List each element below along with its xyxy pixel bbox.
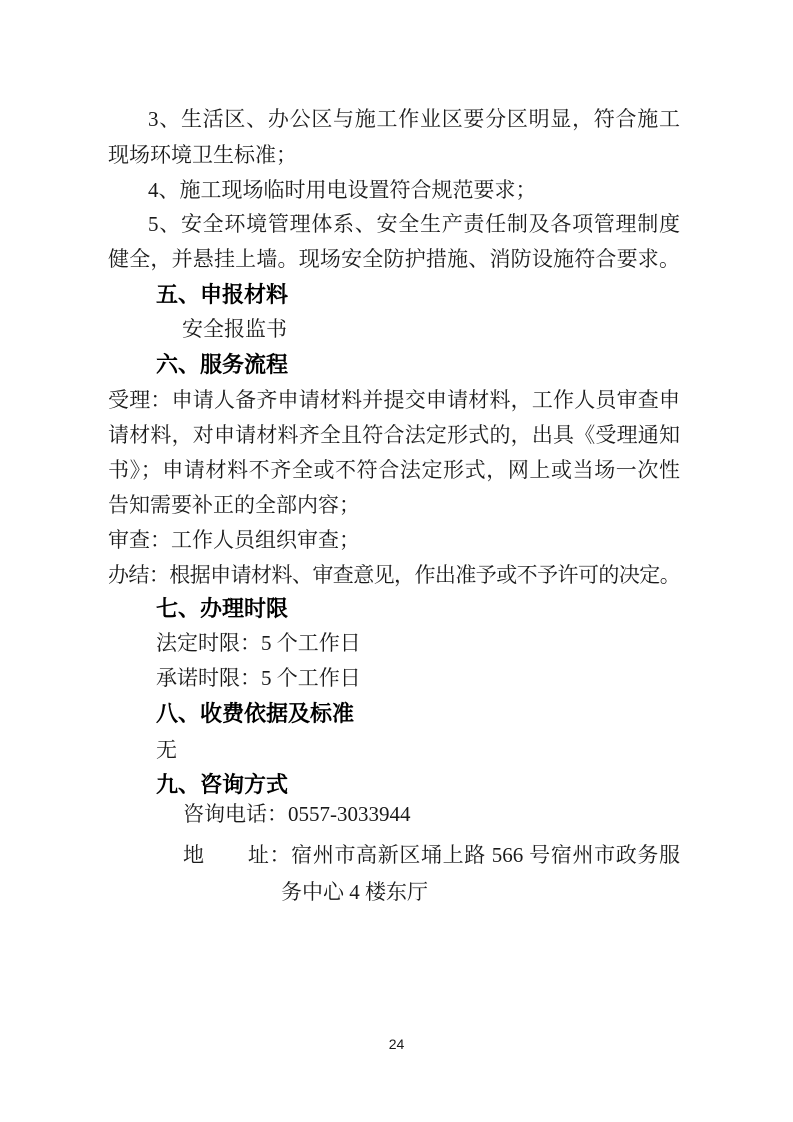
text-line-conclude: 办结：根据申请材料、审查意见，作出准予或不予许可的决定。 xyxy=(108,562,680,589)
text-line-legal-limit: 法定时限：5 个工作日 xyxy=(156,630,361,657)
text-line-address-1: 地 址：宿州市高新区埇上路 566 号宿州市政务服 xyxy=(183,842,680,869)
text-line-accept-2: 请材料，对申请材料齐全且符合法定形式的，出具《受理通知 xyxy=(108,422,680,449)
section-heading-materials: 五、申报材料 xyxy=(156,281,288,310)
section-heading-consult: 九、咨询方式 xyxy=(156,771,288,800)
document-page: 3、生活区、办公区与施工作业区要分区明显，符合施工 现场环境卫生标准； 4、施工… xyxy=(0,0,793,1122)
text-line-item3-first: 3、生活区、办公区与施工作业区要分区明显，符合施工 xyxy=(148,106,680,133)
text-line-item4: 4、施工现场临时用电设置符合规范要求； xyxy=(148,177,537,204)
text-line-accept-1: 受理：申请人备齐申请材料并提交申请材料，工作人员审查申 xyxy=(108,387,680,414)
text-line-fees-none: 无 xyxy=(156,737,177,764)
text-line-accept-3: 书》；申请材料不齐全或不符合法定形式，网上或当场一次性 xyxy=(108,457,680,484)
text-line-item3-wrap: 现场环境卫生标准； xyxy=(108,142,297,169)
text-line-item5-wrap: 健全，并悬挂上墙。现场安全防护措施、消防设施符合要求。 xyxy=(108,246,680,273)
section-heading-fees: 八、收费依据及标准 xyxy=(156,700,354,729)
section-heading-timelimit: 七、办理时限 xyxy=(156,595,288,624)
text-line-item5-first: 5、安全环境管理体系、安全生产责任制及各项管理制度 xyxy=(148,211,680,238)
section-heading-process: 六、服务流程 xyxy=(156,351,288,380)
text-line-phone: 咨询电话：0557-3033944 xyxy=(183,801,411,828)
text-line-address-2: 务中心 4 楼东厅 xyxy=(281,879,428,906)
text-line-promise-limit: 承诺时限：5 个工作日 xyxy=(156,665,361,692)
text-line-material-item: 安全报监书 xyxy=(182,316,287,343)
text-line-accept-4: 告知需要补正的全部内容； xyxy=(108,492,360,519)
text-line-review: 审查：工作人员组织审查； xyxy=(108,527,360,554)
page-number: 24 xyxy=(0,1036,793,1052)
